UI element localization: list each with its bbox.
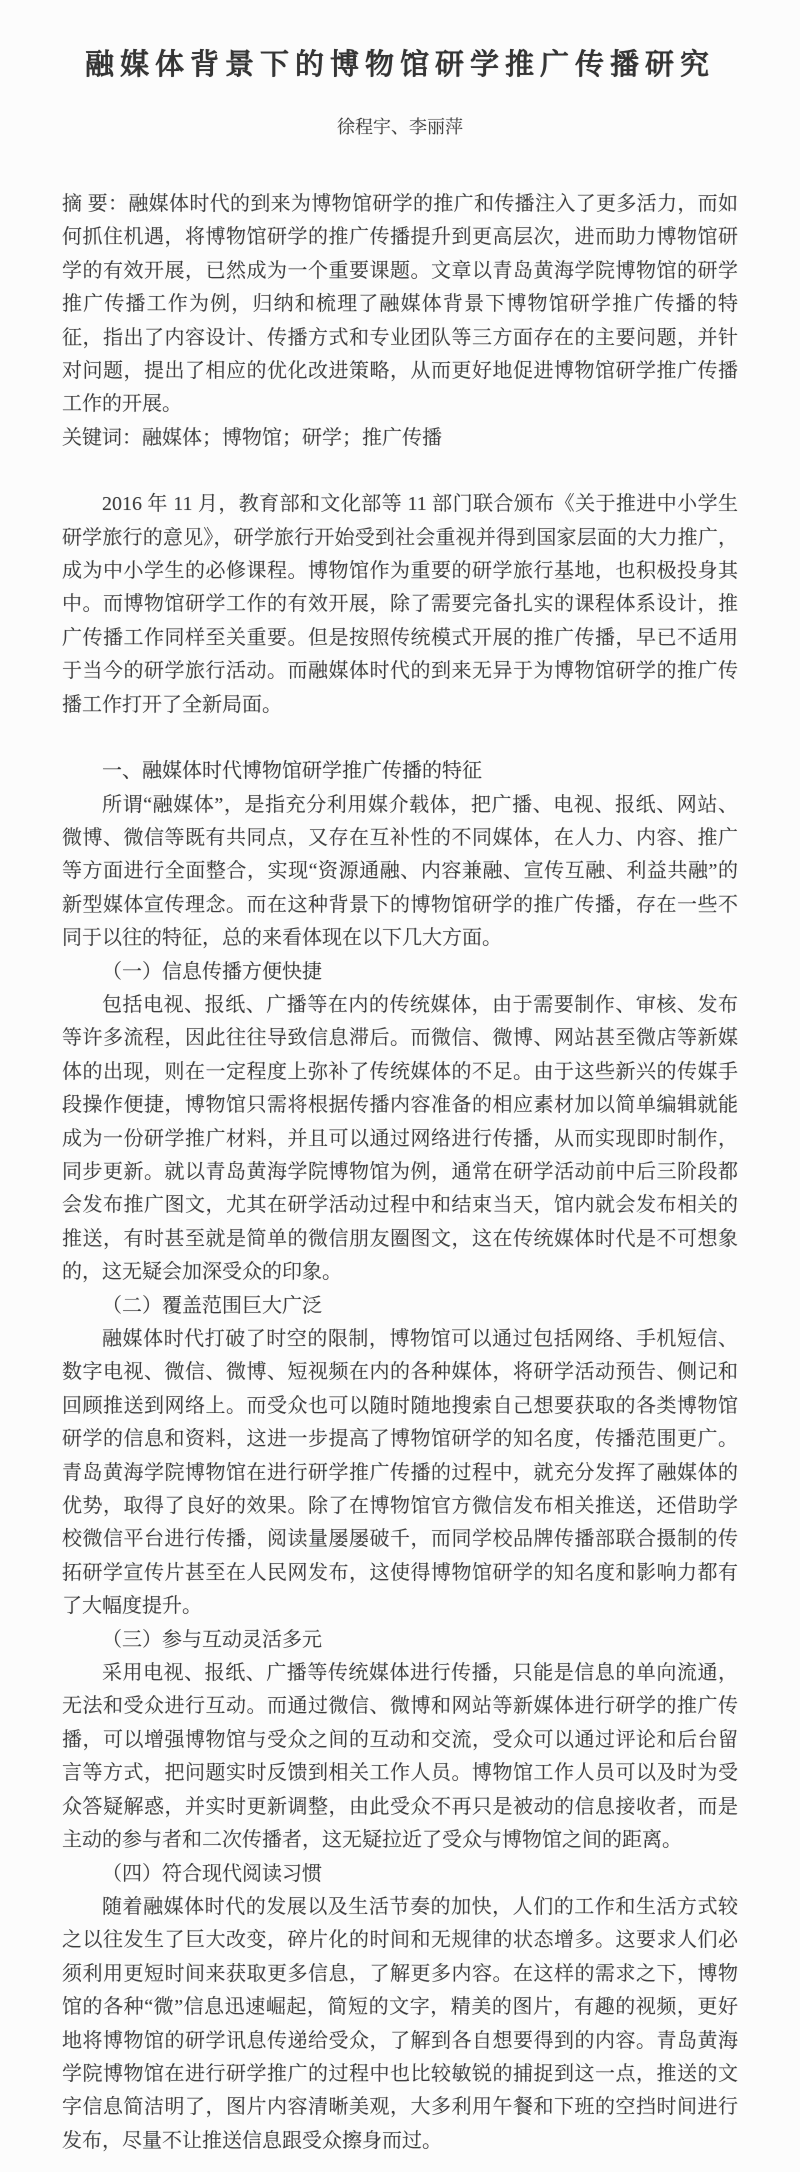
body-paragraph: 融媒体时代打破了时空的限制，博物馆可以通过包括网络、手机短信、数字电视、微信、微… <box>62 1323 738 1624</box>
document-page: 融媒体背景下的博物馆研学推广传播研究 徐程宇、李丽萍 摘 要：融媒体时代的到来为… <box>0 0 800 2172</box>
section-subheading: （三）参与互动灵活多元 <box>62 1624 738 1657</box>
section-subheading: （二）覆盖范围巨大广泛 <box>62 1290 738 1323</box>
body-paragraph: 2016 年 11 月，教育部和文化部等 11 部门联合颁布《关于推进中小学生研… <box>62 488 738 722</box>
abstract-paragraph: 摘 要：融媒体时代的到来为博物馆研学的推广和传播注入了更多活力，而如何抓住机遇，… <box>62 188 738 422</box>
keywords-text: 融媒体；博物馆；研学；推广传播 <box>142 427 442 449</box>
keywords-label: 关键词： <box>62 427 142 449</box>
section-subheading: （四）符合现代阅读习惯 <box>62 1858 738 1891</box>
body-paragraph: 采用电视、报纸、广播等传统媒体进行传播，只能是信息的单向流通，无法和受众进行互动… <box>62 1657 738 1857</box>
paper-authors: 徐程宇、李丽萍 <box>62 114 738 140</box>
keywords-line: 关键词：融媒体；博物馆；研学；推广传播 <box>62 422 738 455</box>
section-subheading: （一）信息传播方便快捷 <box>62 956 738 989</box>
body-paragraph: 所谓“融媒体”，是指充分利用媒介载体，把广播、电视、报纸、网站、微博、微信等既有… <box>62 789 738 956</box>
abstract-text: 融媒体时代的到来为博物馆研学的推广和传播注入了更多活力，而如何抓住机遇，将博物馆… <box>62 193 738 415</box>
article-body: 2016 年 11 月，教育部和文化部等 11 部门联合颁布《关于推进中小学生研… <box>62 488 738 2158</box>
body-paragraph: 随着融媒体时代的发展以及生活节奏的加快，人们的工作和生活方式较之以往发生了巨大改… <box>62 1891 738 2158</box>
section-heading: 一、融媒体时代博物馆研学推广传播的特征 <box>62 755 738 788</box>
abstract-label: 摘 要： <box>62 193 128 215</box>
paper-title: 融媒体背景下的博物馆研学推广传播研究 <box>62 42 738 88</box>
body-paragraph: 包括电视、报纸、广播等在内的传统媒体，由于需要制作、审核、发布等许多流程，因此往… <box>62 989 738 1290</box>
